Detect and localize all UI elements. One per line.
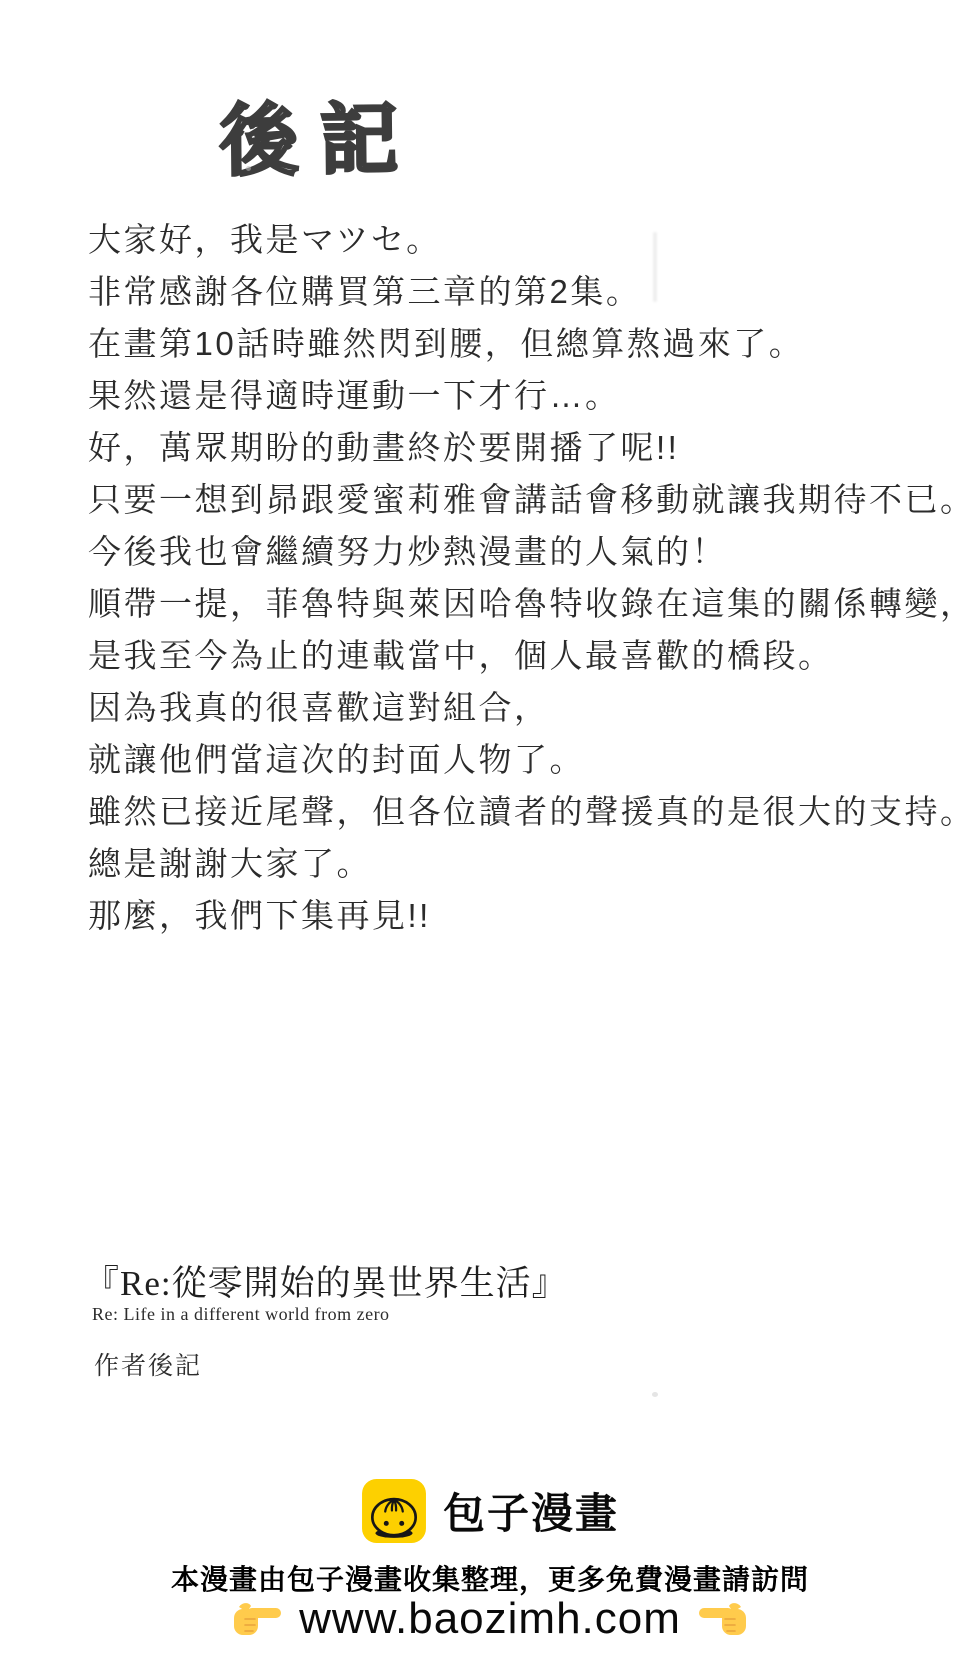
afterword-line: 順帶一提，菲魯特與萊因哈魯特收錄在這集的關係轉變， bbox=[88, 578, 950, 630]
afterword-line: 大家好，我是マツセ。 bbox=[88, 214, 950, 266]
afterword-line: 因為我真的很喜歡這對組合， bbox=[88, 682, 950, 734]
scan-artifact-dot bbox=[652, 1392, 658, 1397]
afterword-line: 就讓他們當這次的封面人物了。 bbox=[88, 734, 950, 786]
afterword-line: 是我至今為止的連載當中，個人最喜歡的橋段。 bbox=[88, 630, 950, 682]
afterword-line: 好，萬眾期盼的動畫終於要開播了呢!! bbox=[88, 422, 950, 474]
afterword-line: 在畫第10話時雖然閃到腰，但總算熬過來了。 bbox=[88, 318, 950, 370]
watermark-url-row: www.baozimh.com bbox=[0, 1594, 980, 1644]
afterword-line: 雖然已接近尾聲，但各位讀者的聲援真的是很大的支持。 bbox=[88, 786, 950, 838]
watermark-url: www.baozimh.com bbox=[299, 1594, 681, 1644]
brand-name: 包子漫畫 bbox=[443, 1481, 619, 1541]
afterword-line: 今後我也會繼續努力炒熱漫畫的人氣的！ bbox=[88, 526, 950, 578]
watermark-notice: 本漫畫由包子漫畫收集整理，更多免費漫畫請訪問 bbox=[0, 1558, 980, 1598]
point-right-hand-icon bbox=[233, 1601, 283, 1637]
afterword-line: 那麼，我們下集再見!! bbox=[88, 890, 950, 942]
afterword-line: 總是謝謝大家了。 bbox=[88, 838, 950, 890]
manga-afterword-page: 後記 大家好，我是マツセ。 非常感謝各位購買第三章的第2集。 在畫第10話時雖然… bbox=[0, 0, 980, 1661]
afterword-body: 大家好，我是マツセ。 非常感謝各位購買第三章的第2集。 在畫第10話時雖然閃到腰… bbox=[88, 214, 950, 942]
afterword-line: 只要一想到昴跟愛蜜莉雅會講話會移動就讓我期待不已。 bbox=[88, 474, 950, 526]
point-left-hand-icon bbox=[697, 1601, 747, 1637]
afterword-line: 果然還是得適時運動一下才行…。 bbox=[88, 370, 950, 422]
watermark-brand-row: 包子漫畫 bbox=[0, 1478, 980, 1544]
baozi-logo-icon bbox=[361, 1478, 427, 1544]
afterword-line: 非常感謝各位購買第三章的第2集。 bbox=[88, 266, 950, 318]
page-title: 後記 bbox=[219, 77, 420, 191]
author-note-label: 作者後記 bbox=[94, 1346, 202, 1382]
book-title-cjk: 『Re:從零開始的異世界生活』 bbox=[84, 1256, 568, 1306]
book-title-english: Re: Life in a different world from zero bbox=[92, 1304, 390, 1325]
